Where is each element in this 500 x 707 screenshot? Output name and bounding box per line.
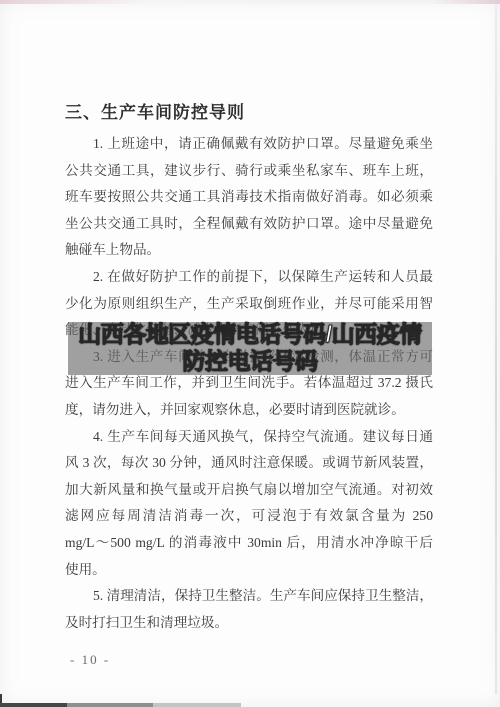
- section-heading: 三、生产车间防控导则: [65, 98, 245, 123]
- body-line: 加大新风量和换气量或开启换气扇以增加空气流通。对初效: [65, 477, 433, 504]
- body-line: 5. 清理清洁，保持卫生整洁。生产车间应保持卫生整洁，: [65, 583, 433, 610]
- body-line: 公共交通工具，建议步行、骑行或乘坐私家车、班车上班，: [65, 158, 433, 185]
- page-number: - 10 -: [70, 652, 110, 668]
- body-line: 2. 在做好防护工作的前提下，以保障生产运转和人员最: [65, 264, 433, 291]
- scanned-document-page: 三、生产车间防控导则 1. 上班途中，请正确佩戴有效防护口罩。尽量避免乘坐 公共…: [0, 0, 500, 707]
- watermark-title: 山西各地区疫情电话号码/山西疫情 防控电话号码: [68, 321, 432, 375]
- scan-bottom-bar-mid: [67, 703, 153, 707]
- body-line: 度，请勿进入，并回家观察休息，必要时请到医院就诊。: [65, 397, 433, 424]
- watermark-title-line1: 山西各地区疫情电话号码/山西疫情: [68, 321, 432, 348]
- body-line: 触碰车上物品。: [65, 237, 433, 264]
- body-line: 班车要按照公共交通工具消毒技术指南做好消毒。如必须乘: [65, 184, 433, 211]
- body-line: 4. 生产车间每天通风换气，保持空气流通。建议每日通: [65, 424, 433, 451]
- body-line: 坐公共交通工具时，全程佩戴有效防护口罩。途中尽量避免: [65, 211, 433, 238]
- scan-bottom-bar-dark: [0, 703, 67, 707]
- watermark-title-line2: 防控电话号码: [68, 348, 432, 375]
- body-line: mg/L～500 mg/L 的消毒液中 30min 后，用清水冲净晾干后: [65, 530, 433, 557]
- body-line: 及时打扫卫生和清理垃圾。: [65, 610, 433, 637]
- page-edge-line: [495, 4, 497, 694]
- document-body: 1. 上班途中，请正确佩戴有效防护口罩。尽量避免乘坐 公共交通工具，建议步行、骑…: [65, 131, 433, 636]
- scan-bottom-bar-light: [153, 703, 241, 707]
- scan-top-tint: [0, 0, 500, 4]
- body-line: 少化为原则组织生产，生产采取倒班作业，并尽可能采用智: [65, 291, 433, 318]
- body-line: 滤网应每周清洁消毒一次，可浸泡于有效氯含量为 250: [65, 503, 433, 530]
- body-line: 使用。: [65, 557, 433, 584]
- scan-corner-mark: [0, 694, 2, 703]
- body-line: 1. 上班途中，请正确佩戴有效防护口罩。尽量避免乘坐: [65, 131, 433, 158]
- body-line: 风 3 次，每次 30 分钟，通风时注意保暖。或调节新风装置，: [65, 450, 433, 477]
